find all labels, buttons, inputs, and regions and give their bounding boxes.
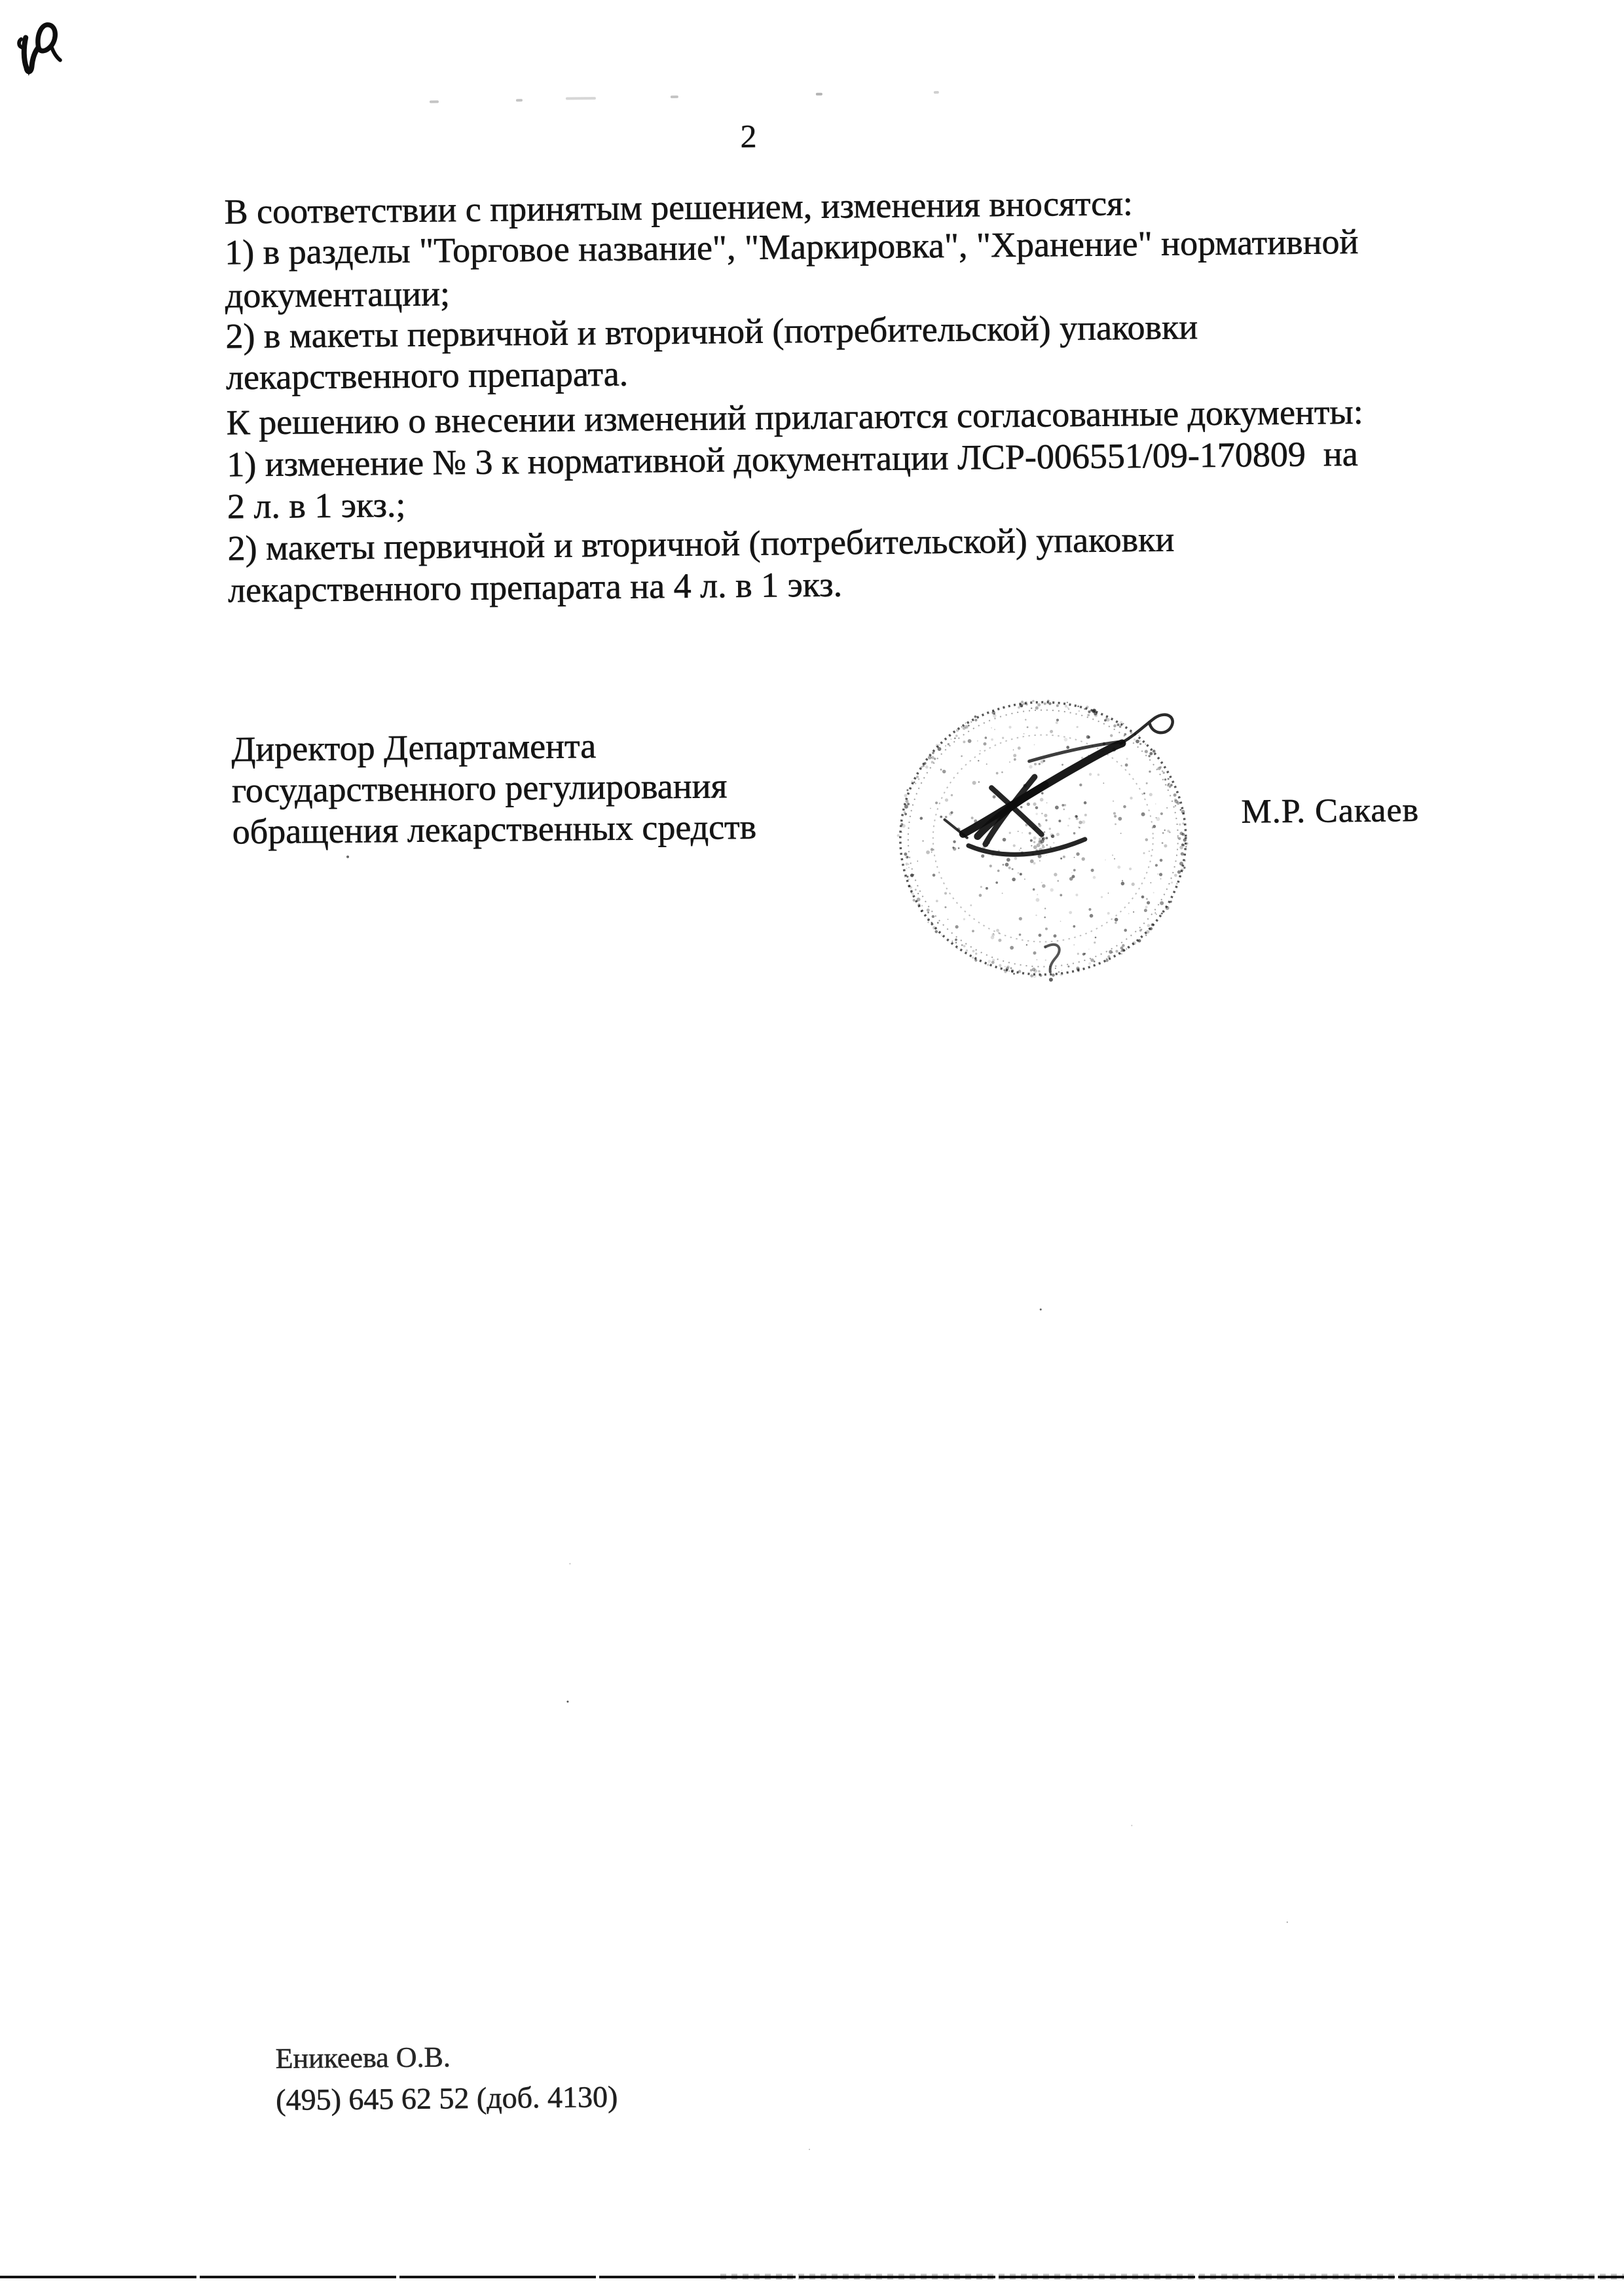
scan-artifact <box>566 1701 568 1703</box>
signature-title-line: обращения лекарственных средств <box>232 809 756 850</box>
body-line: лекарственного препарата на 4 л. в 1 экз… <box>228 566 842 608</box>
signatory-name: М.Р. Сакаев <box>1241 793 1419 829</box>
signature-title-line: Директор Департамента <box>231 728 596 767</box>
scan-artifact <box>671 96 678 98</box>
scan-artifact <box>809 2149 810 2150</box>
body-line: К решению о внесении изменений прилагают… <box>226 394 1363 441</box>
body-line: 2) в макеты первичной и вторичной (потре… <box>225 309 1198 354</box>
scan-artifact <box>934 91 939 94</box>
body-line: документации; <box>225 276 451 313</box>
body-line: 1) изменение № 3 к нормативной документа… <box>227 436 1358 483</box>
scan-artifact <box>1287 1922 1288 1923</box>
scan-artifact <box>569 1563 570 1565</box>
signature-title-line: государственного регулирования <box>232 768 728 808</box>
body-line: 2) макеты первичной и вторичной (потреби… <box>227 522 1174 566</box>
body-line: 2 л. в 1 экз.; <box>227 487 406 524</box>
scan-content: 2 В соответствии с принятым решением, из… <box>0 0 1624 2296</box>
page-number: 2 <box>740 120 756 153</box>
scan-artifact <box>516 99 523 101</box>
scan-artifact <box>1131 1825 1132 1826</box>
body-line: В соответствии с принятым решением, изме… <box>224 185 1133 229</box>
scan-artifact <box>1040 1309 1042 1311</box>
footer-contact-name: Еникеева О.В. <box>275 2043 451 2073</box>
body-line: лекарственного препарата. <box>226 356 629 395</box>
footer-contact-phone: (495) 645 62 52 (доб. 4130) <box>276 2082 618 2115</box>
scan-artifact <box>816 93 822 96</box>
scan-artifact <box>430 100 439 103</box>
scanned-document-page: { "page_number": "2", "body": { "para1_l… <box>0 0 1624 2296</box>
signature-scribble <box>944 715 1175 983</box>
page-edge-scan-line-speckle <box>720 2274 1624 2280</box>
scan-artifact <box>346 856 349 858</box>
body-line: 1) в разделы "Торговое название", "Марки… <box>225 224 1359 270</box>
official-stamp <box>885 686 1202 991</box>
stamp-speckle-noise <box>896 699 1190 979</box>
scan-artifact <box>566 97 596 100</box>
